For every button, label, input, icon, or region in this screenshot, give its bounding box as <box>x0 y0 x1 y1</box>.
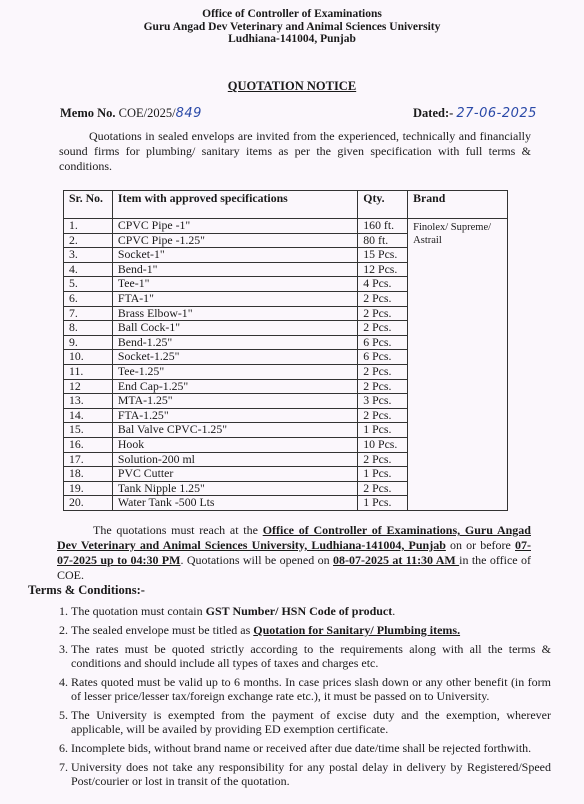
item-cell: Tee-1" <box>112 277 357 292</box>
envelope-title: Quotation for Sanitary/ Plumbing items. <box>253 623 460 637</box>
memo-handwritten-number: 849 <box>176 106 202 121</box>
qty-cell: 4 Pcs. <box>358 277 408 292</box>
qty-cell: 2 Pcs. <box>358 452 408 467</box>
sr-cell: 8. <box>64 321 113 336</box>
qty-cell: 1 Pcs. <box>358 423 408 438</box>
item-cell: Socket-1.25" <box>112 350 357 365</box>
term-1-bold: GST Number/ HSN Code of product <box>206 604 393 618</box>
item-cell: MTA-1.25" <box>112 394 357 409</box>
qty-cell: 15 Pcs. <box>358 248 408 263</box>
brand-cell: Finolex/ Supreme/ Astrail <box>408 219 508 511</box>
sr-cell: 16. <box>64 437 113 452</box>
intro-paragraph: Quotations in sealed envelops are invite… <box>59 129 531 174</box>
item-cell: Ball Cock-1" <box>112 321 357 336</box>
qty-cell: 1 Pcs. <box>358 467 408 482</box>
item-cell: Tee-1.25" <box>112 364 357 379</box>
item-cell: Socket-1" <box>112 248 357 263</box>
memo-prefix: COE/2025/ <box>119 106 176 120</box>
sr-cell: 14. <box>64 408 113 423</box>
sr-cell: 11. <box>64 364 113 379</box>
sr-cell: 17. <box>64 452 113 467</box>
memo-number: Memo No. COE/2025/849 <box>60 106 202 121</box>
item-cell: PVC Cutter <box>112 467 357 482</box>
term-2-text: The sealed envelope must be titled as <box>71 623 253 637</box>
term-item: Rates quoted must be valid up to 6 month… <box>71 675 551 703</box>
notice-title-text: QUOTATION NOTICE <box>228 79 356 93</box>
term-item: Incomplete bids, without brand name or r… <box>71 741 551 755</box>
header-sr-no: Sr. No. <box>64 191 113 219</box>
qty-cell: 12 Pcs. <box>358 262 408 277</box>
table-header-row: Sr. No. Item with approved specification… <box>64 191 508 219</box>
terms-list: The quotation must contain GST Number/ H… <box>50 604 551 793</box>
notice-title: QUOTATION NOTICE <box>0 79 584 94</box>
term-item: The University is exempted from the paym… <box>71 708 551 736</box>
item-cell: Bend-1" <box>112 262 357 277</box>
qty-cell: 2 Pcs. <box>358 364 408 379</box>
item-cell: FTA-1" <box>112 291 357 306</box>
qty-cell: 6 Pcs. <box>358 350 408 365</box>
qty-cell: 80 ft. <box>358 233 408 248</box>
reach-text-2: on or before <box>446 538 515 552</box>
sr-cell: 3. <box>64 248 113 263</box>
sr-cell: 10. <box>64 350 113 365</box>
qty-cell: 1 Pcs. <box>358 496 408 511</box>
term-1-end: . <box>392 604 395 618</box>
qty-cell: 2 Pcs. <box>358 291 408 306</box>
qty-cell: 2 Pcs. <box>358 481 408 496</box>
sr-cell: 19. <box>64 481 113 496</box>
qty-cell: 6 Pcs. <box>358 335 408 350</box>
sr-cell: 2. <box>64 233 113 248</box>
terms-title: Terms & Conditions:- <box>28 583 145 598</box>
sr-cell: 7. <box>64 306 113 321</box>
items-table: Sr. No. Item with approved specification… <box>63 190 508 511</box>
dated-label: Dated:- <box>413 106 453 120</box>
table-row: 1.CPVC Pipe -1"160 ft.Finolex/ Supreme/ … <box>64 219 508 234</box>
qty-cell: 2 Pcs. <box>358 321 408 336</box>
item-cell: End Cap-1.25" <box>112 379 357 394</box>
header-item: Item with approved specifications <box>112 191 357 219</box>
sr-cell: 13. <box>64 394 113 409</box>
submission-paragraph: The quotations must reach at the Office … <box>57 523 531 583</box>
opening-datetime: 08-07-2025 at 11:30 AM <box>333 553 459 567</box>
handwritten-date: 27-06-2025 <box>456 106 537 121</box>
qty-cell: 3 Pcs. <box>358 394 408 409</box>
sr-cell: 15. <box>64 423 113 438</box>
term-item: University does not take any responsibil… <box>71 760 551 788</box>
sr-cell: 18. <box>64 467 113 482</box>
header-address: Ludhiana-141004, Punjab <box>0 33 584 46</box>
item-cell: Water Tank -500 Lts <box>112 496 357 511</box>
item-cell: Bal Valve CPVC-1.25" <box>112 423 357 438</box>
sr-cell: 12 <box>64 379 113 394</box>
item-cell: Solution-200 ml <box>112 452 357 467</box>
header-university: Guru Angad Dev Veterinary and Animal Sci… <box>0 21 584 34</box>
term-item: The sealed envelope must be titled as Qu… <box>71 623 551 637</box>
qty-cell: 2 Pcs. <box>358 379 408 394</box>
header-office: Office of Controller of Examinations <box>0 8 584 21</box>
qty-cell: 2 Pcs. <box>358 306 408 321</box>
item-cell: FTA-1.25" <box>112 408 357 423</box>
memo-label: Memo No. <box>60 106 116 120</box>
item-cell: CPVC Pipe -1.25" <box>112 233 357 248</box>
sr-cell: 9. <box>64 335 113 350</box>
item-cell: Hook <box>112 437 357 452</box>
item-cell: Tank Nipple 1.25" <box>112 481 357 496</box>
item-cell: CPVC Pipe -1" <box>112 219 357 234</box>
sr-cell: 5. <box>64 277 113 292</box>
term-item: The rates must be quoted strictly accord… <box>71 642 551 670</box>
office-header: Office of Controller of Examinations Gur… <box>0 8 584 46</box>
sr-cell: 4. <box>64 262 113 277</box>
reach-text-1: The quotations must reach at the <box>93 523 263 537</box>
item-cell: Bend-1.25" <box>112 335 357 350</box>
qty-cell: 10 Pcs. <box>358 437 408 452</box>
memo-date: Dated:- 27-06-2025 <box>413 106 537 121</box>
header-brand: Brand <box>408 191 508 219</box>
item-cell: Brass Elbow-1" <box>112 306 357 321</box>
qty-cell: 2 Pcs. <box>358 408 408 423</box>
sr-cell: 20. <box>64 496 113 511</box>
sr-cell: 1. <box>64 219 113 234</box>
header-qty: Qty. <box>358 191 408 219</box>
qty-cell: 160 ft. <box>358 219 408 234</box>
reach-text-3: . Quotations will be opened on <box>180 553 333 567</box>
sr-cell: 6. <box>64 291 113 306</box>
term-1-text: The quotation must contain <box>71 604 206 618</box>
term-item: The quotation must contain GST Number/ H… <box>71 604 551 618</box>
